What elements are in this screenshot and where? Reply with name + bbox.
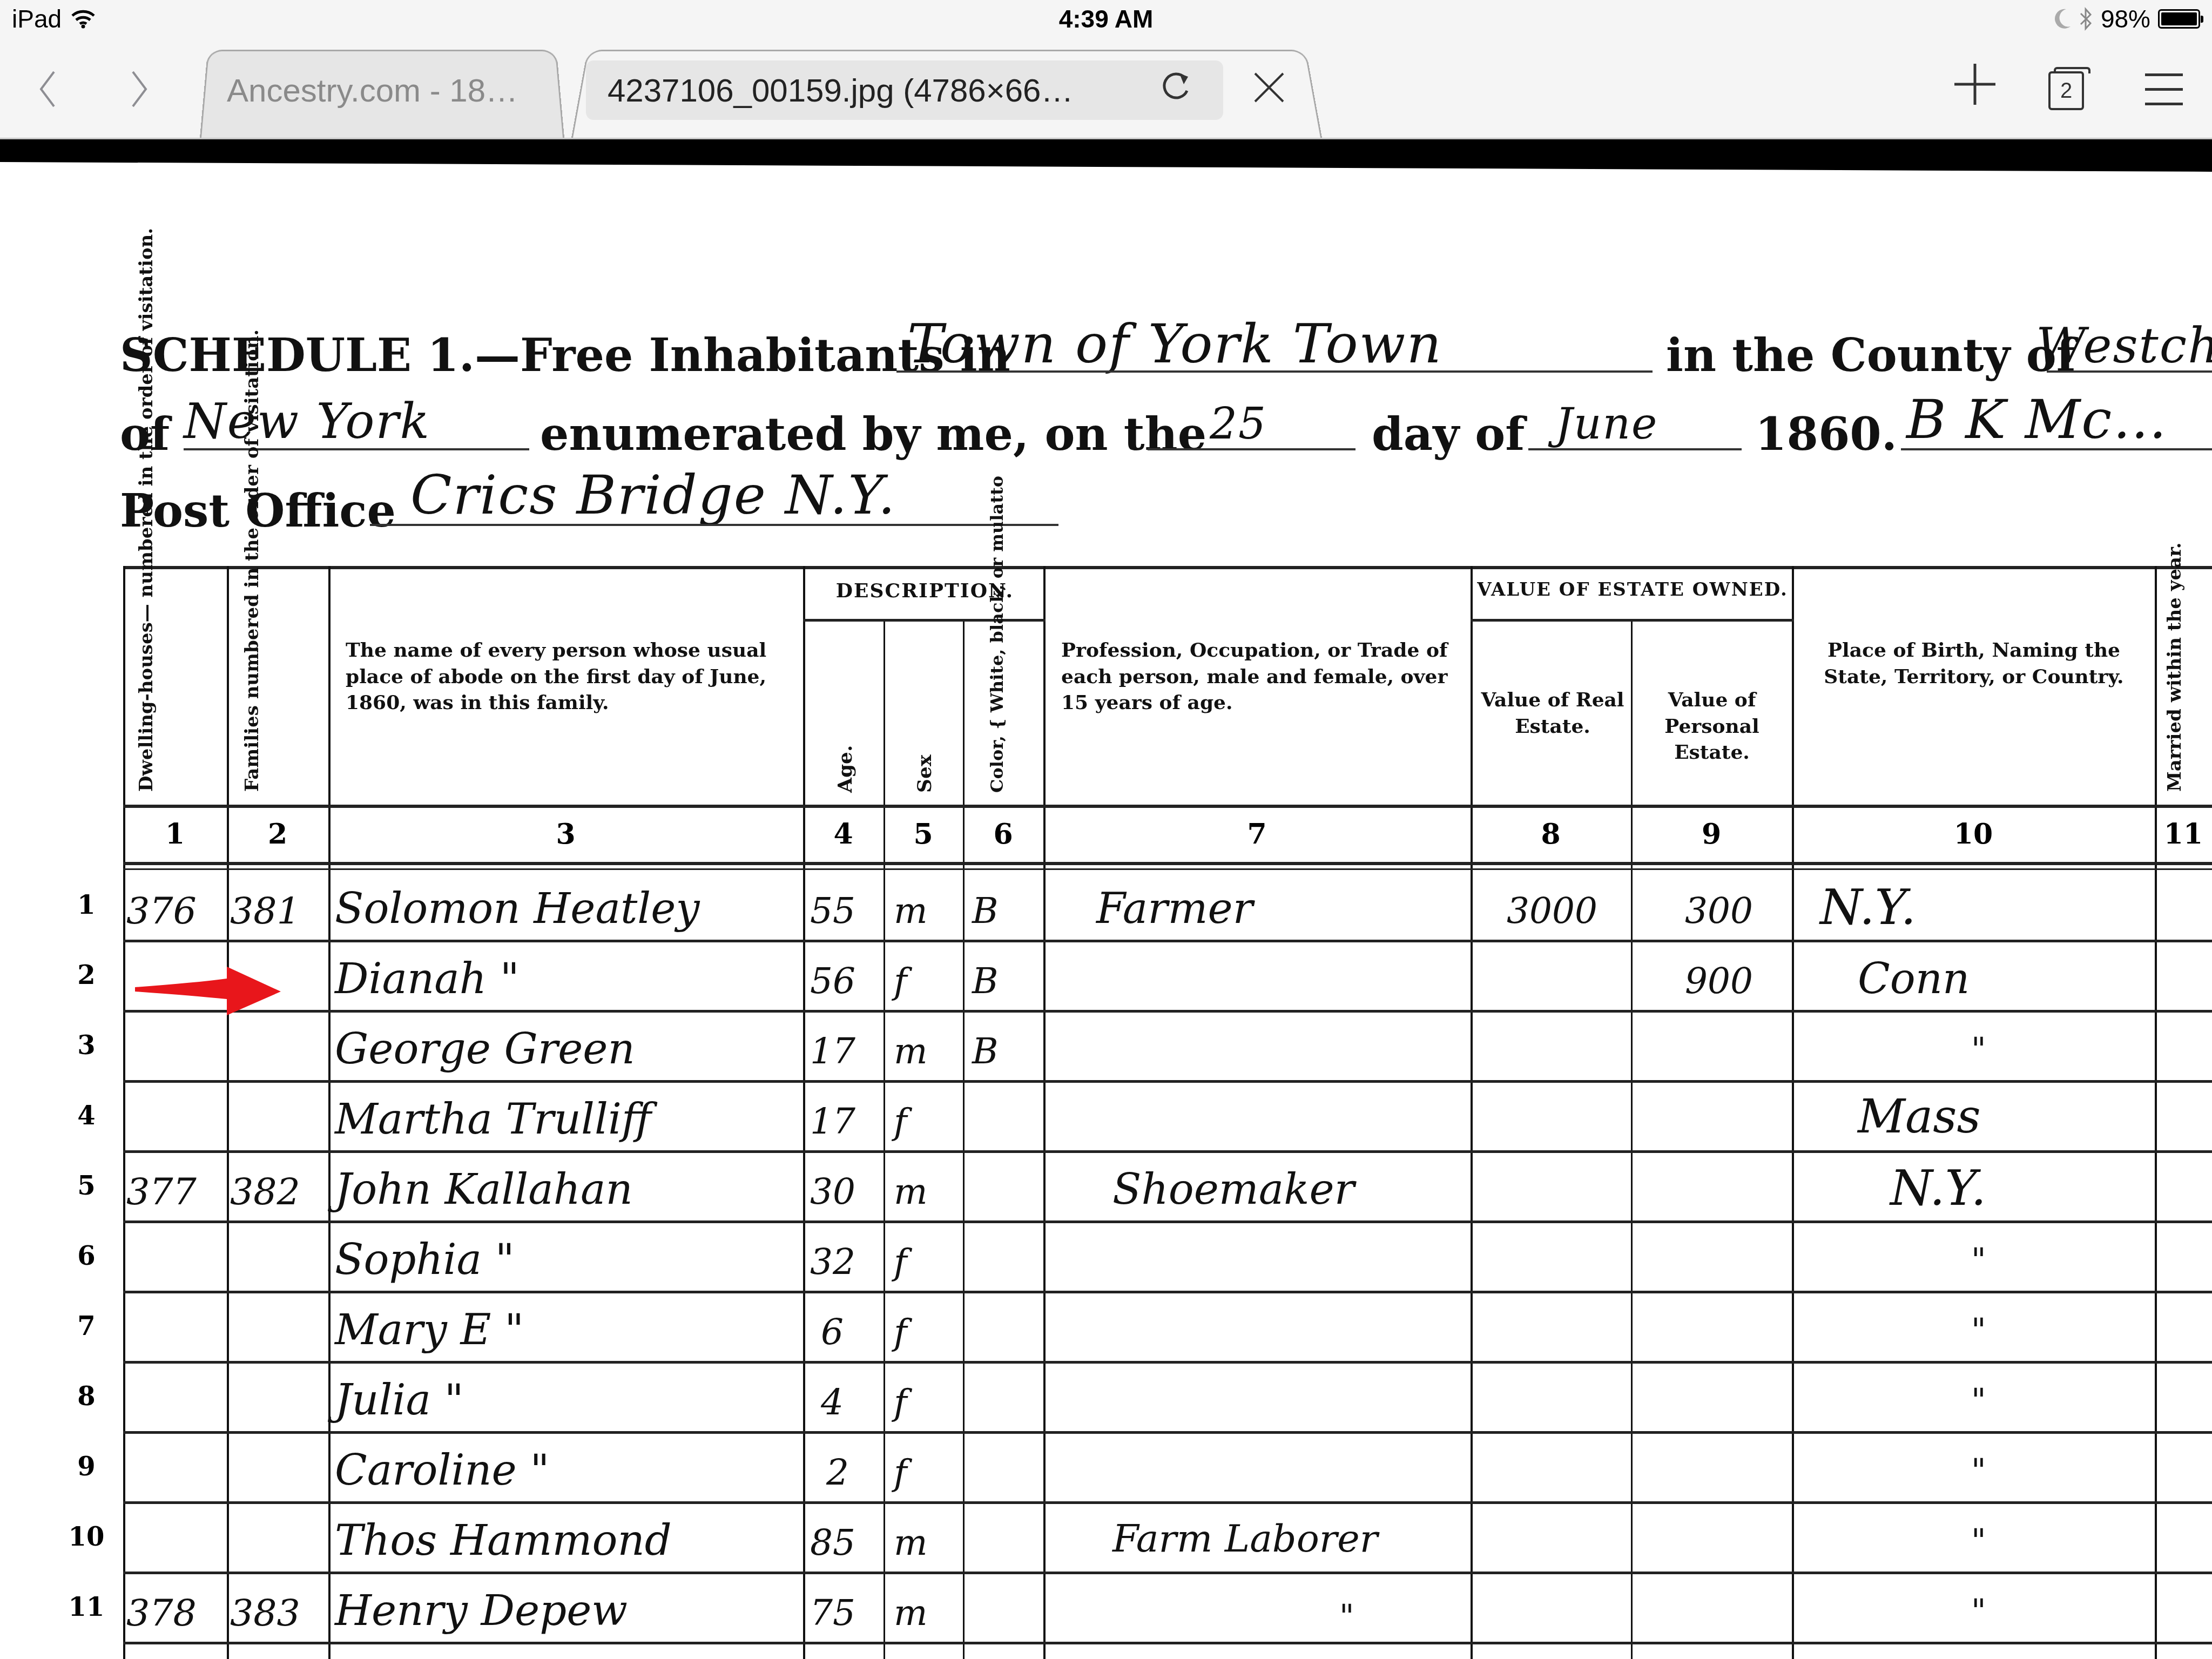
chevron-left-icon xyxy=(37,68,58,111)
header-birthplace: Place of Birth, Naming the State, Territ… xyxy=(1801,637,2147,690)
header-real-estate: Value of Real Estate. xyxy=(1480,687,1626,739)
cell-age: 6 xyxy=(821,1311,844,1353)
cell-name: Dianah " xyxy=(335,955,520,1003)
day-handwritten: 25 xyxy=(1210,399,1267,449)
line-number: 2 xyxy=(65,960,108,990)
cell-name: George Green xyxy=(335,1025,635,1074)
header-age: Age. xyxy=(834,745,857,793)
cell-sex: f xyxy=(894,1101,907,1142)
header-color: Color, { White, black, or mulatto xyxy=(987,620,1007,793)
red-arrow-annotation xyxy=(135,967,281,1015)
reload-icon xyxy=(1161,69,1191,104)
cell-age: 85 xyxy=(810,1522,855,1563)
column-number: 9 xyxy=(1631,818,1792,851)
menu-button[interactable] xyxy=(2145,73,2183,117)
line-number: 9 xyxy=(65,1452,108,1482)
row-rule xyxy=(123,940,2212,942)
status-right: 98% xyxy=(2054,4,2200,33)
line-number: 8 xyxy=(65,1381,108,1412)
col-divider xyxy=(2155,566,2157,1659)
table-top-border xyxy=(123,566,2212,569)
col-divider xyxy=(1043,566,1046,1659)
col-divider xyxy=(328,566,331,1659)
close-tab-button[interactable] xyxy=(1252,65,1286,116)
row-rule xyxy=(123,1642,2212,1644)
cell-birthplace: " xyxy=(1971,1452,1986,1489)
menu-icon-bar xyxy=(2145,88,2183,91)
cell-sex: m xyxy=(894,890,928,932)
cell-birthplace: N.Y. xyxy=(1890,1160,1986,1217)
reload-button[interactable] xyxy=(1161,69,1191,113)
cell-family: 382 xyxy=(230,1171,300,1213)
cell-birthplace: " xyxy=(1971,1311,1986,1349)
line-number: 7 xyxy=(65,1311,108,1341)
cell-age: 2 xyxy=(826,1452,849,1493)
cell-name: Caroline " xyxy=(335,1446,549,1495)
clock: 4:39 AM xyxy=(0,4,2212,33)
header-sex: Sex xyxy=(914,755,936,793)
cell-personal-estate: 300 xyxy=(1685,890,1753,932)
row-rule xyxy=(123,1431,2212,1434)
column-number: 1 xyxy=(123,818,227,851)
cell-personal-estate: 900 xyxy=(1685,960,1753,1002)
estate-group-rule xyxy=(1471,619,1794,622)
battery-percent: 98% xyxy=(2101,4,2150,33)
close-icon xyxy=(1252,70,1286,105)
cell-dwelling: 376 xyxy=(126,890,197,933)
tab-ancestry-label[interactable]: Ancestry.com - 18… xyxy=(227,69,518,112)
county-handwritten: Westch… xyxy=(2036,318,2212,374)
header-description: DESCRIPTION. xyxy=(805,578,1045,604)
row-rule xyxy=(123,1220,2212,1223)
forward-button[interactable] xyxy=(118,65,161,113)
line-number: 3 xyxy=(65,1030,108,1061)
cell-sex: f xyxy=(894,1452,907,1493)
cell-family: 381 xyxy=(230,890,300,933)
day-of-label: day of xyxy=(1372,407,1525,461)
year-label: 1860. xyxy=(1755,407,1897,461)
menu-icon-bar xyxy=(2145,73,2183,76)
cell-occupation: Farmer xyxy=(1096,885,1253,933)
cell-dwelling: 377 xyxy=(126,1171,197,1213)
state-handwritten: New York xyxy=(184,393,430,450)
cell-real-estate: 3000 xyxy=(1507,890,1597,932)
column-number: 2 xyxy=(227,818,328,851)
cell-dwelling: 378 xyxy=(126,1592,197,1635)
cell-color: B xyxy=(972,890,999,932)
cell-age: 17 xyxy=(810,1030,855,1072)
cell-occupation: Shoemaker xyxy=(1112,1165,1354,1214)
census-image[interactable]: SCHEDULE 1.—Free Inhabitants in Town of … xyxy=(0,172,2212,1659)
cell-birthplace: " xyxy=(1971,1241,1986,1279)
cell-age: 75 xyxy=(810,1592,855,1634)
column-number: 8 xyxy=(1471,818,1631,851)
header-name: The name of every person whose usual pla… xyxy=(346,637,788,716)
column-number: 4 xyxy=(803,818,884,851)
row-rule xyxy=(123,1501,2212,1504)
line-number: 5 xyxy=(65,1171,108,1201)
cell-family: 383 xyxy=(230,1592,300,1635)
cell-age: 56 xyxy=(810,960,855,1002)
town-handwritten: Town of York Town xyxy=(907,312,1442,375)
column-number: 3 xyxy=(328,818,803,851)
cell-name: Martha Trulliff xyxy=(335,1095,651,1144)
col-divider xyxy=(227,566,229,1659)
moon-icon xyxy=(2054,8,2072,30)
cell-sex: m xyxy=(894,1030,928,1072)
colnum-bottom-rule xyxy=(123,862,2212,865)
column-number: 11 xyxy=(2155,818,2212,851)
header-families: Families numbered in the order of visita… xyxy=(242,586,263,792)
column-number: 6 xyxy=(963,818,1043,851)
header-personal-estate: Value of Personal Estate. xyxy=(1644,687,1779,766)
cell-occupation: " xyxy=(1339,1597,1354,1635)
cell-birthplace: " xyxy=(1971,1381,1986,1419)
enumerator-handwritten: B K Mc… xyxy=(1906,388,2168,451)
county-underline xyxy=(2047,370,2212,373)
cell-name: Mary E " xyxy=(335,1306,524,1354)
cell-sex: f xyxy=(894,1241,907,1283)
col-divider xyxy=(1471,566,1473,1659)
header-married: Married within the year. xyxy=(2164,586,2186,792)
state-underline xyxy=(184,448,529,450)
enumerator-underline xyxy=(1901,448,2212,450)
column-number: 7 xyxy=(1043,818,1471,851)
scan-edge xyxy=(0,139,2212,172)
line-number: 1 xyxy=(65,890,108,920)
cell-name: Solomon Heatley xyxy=(335,885,699,933)
cell-age: 30 xyxy=(810,1171,855,1212)
cell-sex: m xyxy=(894,1592,928,1634)
status-bar: iPad 4:39 AM 98% xyxy=(0,0,2212,43)
row-rule xyxy=(123,1150,2212,1153)
description-group-rule xyxy=(803,619,1046,622)
menu-icon-bar xyxy=(2145,103,2183,105)
battery-icon xyxy=(2158,9,2200,29)
line-number: 10 xyxy=(65,1522,108,1552)
show-tabs-button[interactable]: 2 xyxy=(2048,71,2084,110)
month-handwritten: June xyxy=(1555,399,1658,449)
cell-sex: f xyxy=(894,1311,907,1353)
column-number: 5 xyxy=(884,818,963,851)
row-rule xyxy=(123,1080,2212,1083)
row-rule xyxy=(123,1361,2212,1364)
day-underline xyxy=(1148,448,1355,450)
bluetooth-icon xyxy=(2079,6,2093,32)
post-office-handwritten: Crics Bridge N.Y. xyxy=(410,463,896,527)
cell-name: Sophia " xyxy=(335,1236,515,1284)
cell-name: Henry Depew xyxy=(335,1587,628,1635)
cell-age: 55 xyxy=(810,890,855,932)
header-bottom-rule xyxy=(123,805,2212,808)
colnum-bottom-rule-2 xyxy=(123,868,2212,870)
row-rule xyxy=(123,1010,2212,1013)
cell-name: Julia " xyxy=(335,1376,464,1425)
cell-sex: f xyxy=(894,1381,907,1423)
line-number: 11 xyxy=(65,1592,108,1622)
new-tab-button[interactable] xyxy=(1952,62,1998,116)
cell-age: 17 xyxy=(810,1101,855,1142)
row-rule xyxy=(123,1291,2212,1293)
cell-birthplace: " xyxy=(1971,1592,1986,1630)
cell-sex: f xyxy=(894,960,907,1002)
town-underline xyxy=(896,370,1653,373)
cell-age: 4 xyxy=(821,1381,844,1423)
line-number: 6 xyxy=(65,1241,108,1271)
tab-image-label[interactable]: 4237106_00159.jpg (4786×66… xyxy=(608,69,1073,112)
chevron-right-icon xyxy=(129,68,150,111)
month-underline xyxy=(1528,448,1742,450)
cell-birthplace: Conn xyxy=(1858,955,1970,1003)
cell-birthplace: " xyxy=(1971,1522,1986,1560)
tab-count: 2 xyxy=(2060,79,2072,103)
cell-color: B xyxy=(972,960,999,1002)
header-occupation: Profession, Occupation, or Trade of each… xyxy=(1061,637,1461,716)
cell-birthplace: " xyxy=(1971,1030,1986,1068)
col-divider xyxy=(123,566,125,1659)
cell-name: Thos Hammond xyxy=(335,1516,672,1565)
county-label: in the County of xyxy=(1666,328,2076,382)
header-estate: VALUE OF ESTATE OWNED. xyxy=(1472,578,1793,603)
cell-sex: m xyxy=(894,1171,928,1212)
cell-sex: m xyxy=(894,1522,928,1563)
cell-occupation: Farm Laborer xyxy=(1112,1516,1378,1561)
col-divider xyxy=(1792,566,1794,1659)
row-rule xyxy=(123,1572,2212,1574)
cell-name: John Kallahan xyxy=(335,1165,633,1214)
back-button[interactable] xyxy=(26,65,69,113)
cell-birthplace: N.Y. xyxy=(1820,879,1916,936)
post-office-underline xyxy=(370,524,1058,526)
cell-age: 32 xyxy=(810,1241,855,1283)
line-number: 4 xyxy=(65,1101,108,1131)
enumerated-label: enumerated by me, on the xyxy=(540,407,1206,461)
browser-tab-bar: Ancestry.com - 18… 4237106_00159.jpg (47… xyxy=(0,43,2212,139)
column-number: 10 xyxy=(1792,818,2155,851)
col-divider xyxy=(803,566,805,1659)
cell-color: B xyxy=(972,1030,999,1072)
cell-birthplace: Mass xyxy=(1858,1090,1981,1144)
plus-icon xyxy=(1952,62,1998,107)
header-dwelling: Dwelling-houses— numbered in the order o… xyxy=(136,586,157,792)
